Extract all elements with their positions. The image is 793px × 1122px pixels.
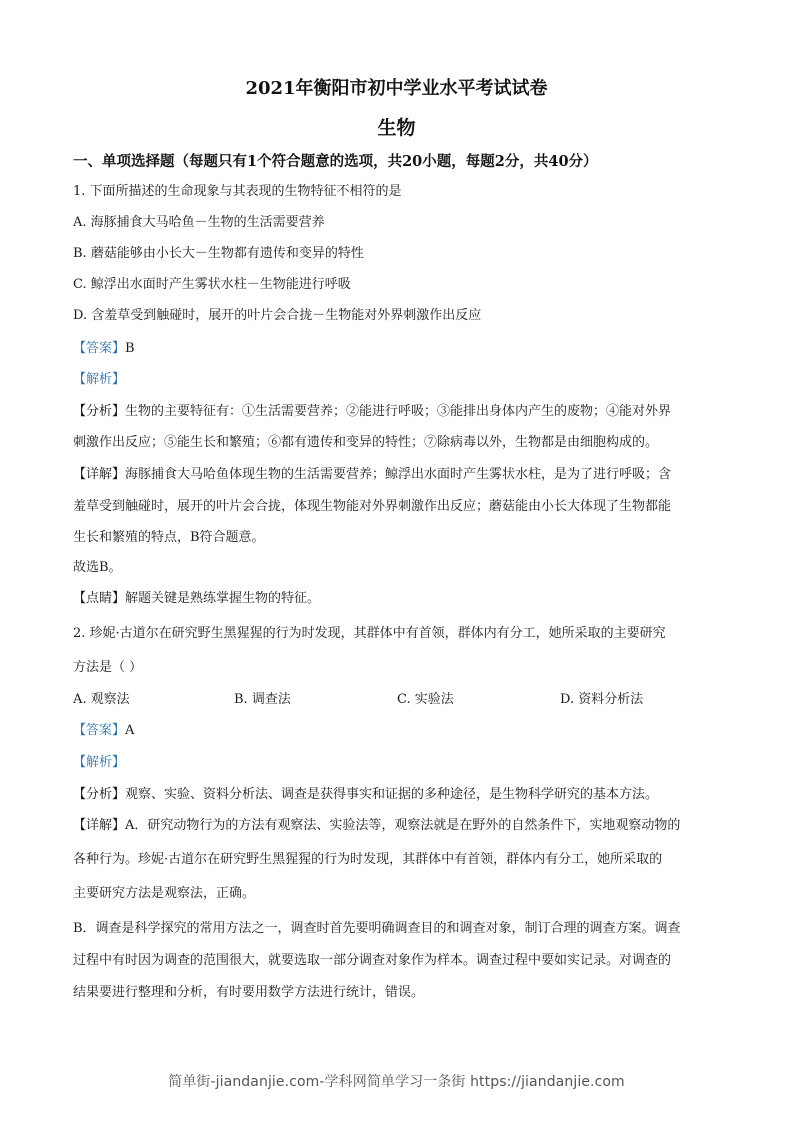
option-text: 海豚捕食大马哈鱼－生物的生活需要营养	[91, 215, 325, 230]
question-1-dianjing: 【点睛】解题关键是熟练掌握生物的特征。	[73, 591, 320, 607]
question-2-analysis-label: 【解析】	[73, 755, 125, 771]
xiangjie-text: A．研究动物行为的方法有观察法、实验法等，观察法就是在野外的自然条件下，实地观察…	[125, 818, 680, 833]
question-1-fenxi-line-1: 【分析】生物的主要特征有：①生活需要营养；②能进行呼吸；③能排出身体内产生的废物…	[73, 404, 671, 420]
analysis-label: 【解析】	[73, 372, 125, 387]
option-text: 实验法	[415, 692, 454, 707]
question-1-answer: 【答案】B	[73, 341, 135, 357]
question-2-fenxi: 【分析】观察、实验、资料分析法、调查是获得事实和证据的多种途径，是生物科学研究的…	[73, 787, 658, 803]
question-number: 1.	[73, 184, 85, 199]
question-2-option-c: C. 实验法	[397, 692, 454, 708]
option-text: 含羞草受到触碰时，展开的叶片会合拢－生物能对外界刺激作出反应	[91, 308, 481, 323]
question-number: 2.	[73, 626, 85, 641]
option-text: 资料分析法	[578, 692, 643, 707]
question-2-stem-line-1: 2. 珍妮·古道尔在研究野生黑猩猩的行为时发现，其群体中有首领，群体内有分工，她…	[73, 626, 666, 642]
question-2-stem-line-2: 方法是（ ）	[73, 660, 142, 676]
question-2-answer: 【答案】A	[73, 723, 134, 739]
fenxi-text: 观察、实验、资料分析法、调查是获得事实和证据的多种途径，是生物科学研究的基本方法…	[125, 787, 658, 802]
question-text: 下面所描述的生命现象与其表现的生物特征不相符的是	[90, 184, 402, 199]
option-text: 观察法	[91, 692, 130, 707]
option-key: C.	[73, 277, 87, 292]
option-key: A.	[73, 215, 87, 230]
question-1-option-d: D. 含羞草受到触碰时，展开的叶片会合拢－生物能对外界刺激作出反应	[73, 308, 481, 324]
option-text: 调查法	[252, 692, 291, 707]
dianjing-label: 【点睛】	[73, 591, 125, 606]
question-1-xiangjie-line-1: 【详解】海豚捕食大马哈鱼体现生物的生活需要营养；鲸浮出水面时产生雾状水柱，是为了…	[73, 467, 671, 483]
fenxi-text: 生物的主要特征有：①生活需要营养；②能进行呼吸；③能排出身体内产生的废物；④能对…	[125, 404, 671, 419]
question-2-xiangjie-line-6: 结果要进行整理和分析，有时要用数学方法进行统计，错误。	[73, 985, 424, 1001]
question-1-conclusion: 故选B。	[73, 560, 122, 576]
option-key: A.	[73, 692, 87, 707]
dianjing-text: 解题关键是熟练掌握生物的特征。	[125, 591, 320, 606]
question-1-option-a: A. 海豚捕食大马哈鱼－生物的生活需要营养	[73, 215, 325, 231]
analysis-label: 【解析】	[73, 755, 125, 770]
option-text: 鲸浮出水面时产生雾状水柱－生物能进行呼吸	[91, 277, 351, 292]
question-1-option-b: B. 蘑菇能够由小长大－生物都有遗传和变异的特性	[73, 246, 364, 262]
question-text: 珍妮·古道尔在研究野生黑猩猩的行为时发现，其群体中有首领，群体内有分工，她所采取…	[90, 626, 666, 641]
answer-value: A	[125, 723, 134, 738]
answer-value: B	[125, 341, 135, 356]
section-heading: 一、单项选择题（每题只有1个符合题意的选项，共20小题，每题2分，共40分）	[73, 150, 598, 171]
xiangjie-label: 【详解】	[73, 467, 125, 482]
answer-label: 【答案】	[73, 723, 125, 738]
answer-label: 【答案】	[73, 341, 125, 356]
question-2-xiangjie-line-2: 各种行为。珍妮·古道尔在研究野生黑猩猩的行为时发现，其群体中有首领，群体内有分工…	[73, 852, 662, 868]
fenxi-label: 【分析】	[73, 787, 125, 802]
option-key: B.	[234, 692, 248, 707]
option-key: D.	[560, 692, 574, 707]
fenxi-label: 【分析】	[73, 404, 125, 419]
exam-title: 2021年衡阳市初中学业水平考试试卷	[0, 74, 793, 100]
question-2-xiangjie-line-1: 【详解】A．研究动物行为的方法有观察法、实验法等，观察法就是在野外的自然条件下，…	[73, 818, 680, 834]
question-2-xiangjie-line-3: 主要研究方法是观察法，正确。	[73, 886, 255, 902]
question-1-fenxi-line-2: 刺激作出反应；⑤能生长和繁殖；⑥都有遗传和变异的特性；⑦除病毒以外，生物都是由细…	[73, 435, 658, 451]
question-1-option-c: C. 鲸浮出水面时产生雾状水柱－生物能进行呼吸	[73, 277, 351, 293]
footer-watermark: 简单街-jiandanjie.com-学科网简单学习一条街 https://ji…	[0, 1071, 793, 1091]
xiangjie-text: 海豚捕食大马哈鱼体现生物的生活需要营养；鲸浮出水面时产生雾状水柱，是为了进行呼吸…	[125, 467, 671, 482]
question-1-xiangjie-line-2: 羞草受到触碰时，展开的叶片会合拢，体现生物能对外界刺激作出反应；蘑菇能由小长大体…	[73, 499, 671, 515]
subject-title: 生物	[0, 113, 793, 140]
question-2-option-a: A. 观察法	[73, 692, 130, 708]
option-key: C.	[397, 692, 411, 707]
question-1-xiangjie-line-3: 生长和繁殖的特点，B符合题意。	[73, 530, 265, 546]
option-text: 蘑菇能够由小长大－生物都有遗传和变异的特性	[91, 246, 364, 261]
question-2-xiangjie-line-5: 过程中有时因为调查的范围很大，就要选取一部分调查对象作为样本。调查过程中要如实记…	[73, 953, 671, 969]
question-2-option-d: D. 资料分析法	[560, 692, 643, 708]
question-2-xiangjie-line-4: B．调查是科学探究的常用方法之一，调查时首先要明确调查目的和调查对象，制订合理的…	[73, 921, 681, 937]
question-1-stem: 1. 下面所描述的生命现象与其表现的生物特征不相符的是	[73, 184, 402, 200]
question-2-option-b: B. 调查法	[234, 692, 291, 708]
xiangjie-label: 【详解】	[73, 818, 125, 833]
option-key: B.	[73, 246, 87, 261]
exam-page: 2021年衡阳市初中学业水平考试试卷 生物 一、单项选择题（每题只有1个符合题意…	[0, 0, 793, 1122]
question-1-analysis-label: 【解析】	[73, 372, 125, 388]
option-key: D.	[73, 308, 87, 323]
